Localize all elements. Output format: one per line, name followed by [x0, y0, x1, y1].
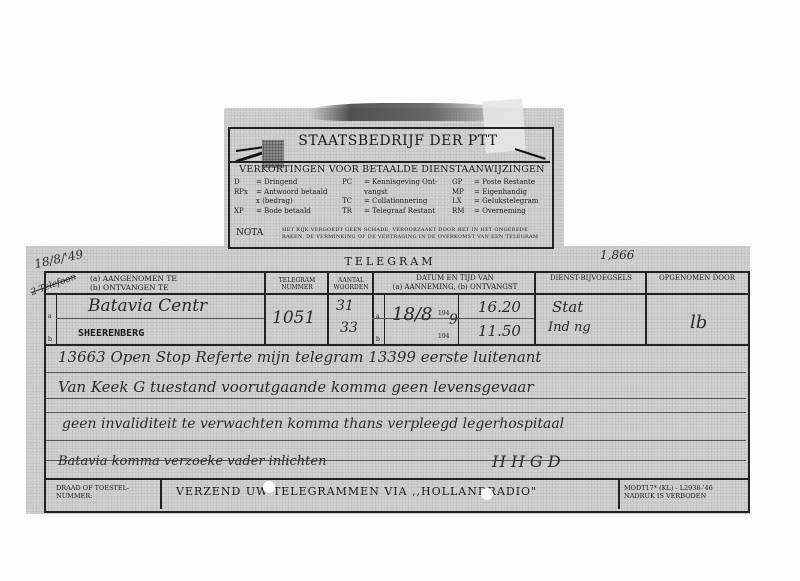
legend-code: XP — [234, 207, 256, 217]
date-time-label: DATUM EN TIJD VAN (a) AANNEMING, (b) ONT… — [376, 274, 534, 292]
punch-hole — [481, 488, 493, 500]
legend-meaning: = Antwoord betaald — [256, 188, 327, 196]
column-divider — [645, 271, 647, 345]
legend-column-1: D= Dringend RPx= Antwoord betaald x (bed… — [234, 178, 327, 216]
legend-code: LX — [452, 197, 474, 207]
time-received: 11.50 — [478, 322, 521, 340]
form-model-info: MODT17* (KL) - L2938-'46 NADRUK IS VERBO… — [624, 484, 748, 500]
legend-code: GP — [452, 178, 474, 188]
received-at-value: SHEERENBERG — [78, 328, 144, 339]
label-date-time: DATUM EN TIJD VAN — [376, 274, 534, 283]
year-digit: 9 — [449, 312, 458, 328]
divider — [228, 127, 313, 129]
date-value: 18/8 — [392, 304, 432, 325]
liability-notice: HET RIJK VERGOEDT GEEN SCHADE, VEROORZAA… — [282, 227, 548, 241]
label-accepted-at: (a) AANGENOMEN TE — [90, 274, 177, 283]
telegram-number-label: TELEGRAM NUMMER — [268, 277, 326, 291]
top-number: 1,866 — [600, 248, 634, 262]
notice-line-1: HET RIJK VERGOEDT GEEN SCHADE, VEROORZAA… — [282, 227, 548, 234]
row-b-marker: b — [48, 336, 52, 343]
telegram-number-value: 1051 — [272, 308, 315, 328]
message-line-1: 13663 Open Stop Referte mijn telegram 13… — [58, 348, 541, 366]
legend-meaning: = Gelukstelegram — [474, 197, 538, 205]
word-count-bottom: 33 — [340, 320, 358, 336]
column-divider — [56, 293, 57, 345]
reprint-notice: NADRUK IS VERBODEN — [624, 492, 748, 500]
received-at-label: (a) AANGENOMEN TE (b) ONTVANGEN TE — [90, 274, 177, 292]
legend-meaning: = Overneming — [474, 207, 526, 215]
service-notes-label: DIENST-BIJVOEGSELS — [538, 274, 644, 283]
column-divider — [327, 271, 329, 345]
year-prefix-a: 194 — [438, 310, 449, 317]
row-b-marker: b — [376, 336, 380, 343]
legend-code: MP — [452, 188, 474, 198]
legend-meaning: = Kennisgeving Ont- — [364, 178, 438, 186]
legend-meaning: vangst — [364, 188, 388, 196]
model-number: MODT17* (KL) - L2938-'46 — [624, 484, 748, 492]
message-signature: HHGD — [492, 452, 566, 471]
abbreviations-heading: VERKORTINGEN VOOR BETAALDE DIENSTAANWIJZ… — [234, 164, 550, 175]
legend-code: TC — [342, 197, 364, 207]
legend-meaning: = Bode betaald — [256, 207, 311, 215]
label-accept-receive: (a) AANNEMING, (b) ONTVANGST — [376, 283, 534, 292]
legend-meaning: x (bedrag) — [256, 197, 293, 205]
taken-by-label: OPGENOMEN DOOR — [648, 274, 746, 283]
time-accepted: 16.20 — [478, 298, 521, 316]
legend-code: D — [234, 178, 256, 188]
punch-hole — [263, 481, 275, 493]
ruled-line — [46, 398, 746, 399]
form-title: TELEGRAM — [232, 255, 548, 268]
divider — [228, 247, 552, 249]
column-divider — [534, 271, 536, 345]
legend-meaning: = Collationnering — [364, 197, 427, 205]
row-a-marker: a — [376, 313, 380, 320]
service-note-b: Ind ng — [548, 320, 591, 335]
column-divider — [372, 271, 374, 345]
word-count-top: 31 — [336, 298, 354, 314]
row-line — [56, 318, 264, 319]
year-prefix-b: 194 — [438, 333, 449, 340]
legend-code: PC — [342, 178, 364, 188]
torn-edge — [310, 103, 510, 121]
divider — [44, 478, 748, 480]
legend-code: TR — [342, 207, 364, 217]
column-divider — [618, 478, 620, 509]
column-divider — [384, 293, 385, 345]
ruled-line — [46, 372, 746, 373]
label-received-at: (b) ONTVANGEN TE — [90, 283, 177, 292]
legend-meaning: = Dringend — [256, 178, 297, 186]
divider — [44, 293, 748, 295]
row-a-marker: a — [48, 313, 52, 320]
message-line-3: geen invaliditeit te verwachten komma th… — [62, 416, 564, 432]
notice-line-2: RAKEN, DE VERMINKING OF DE VERTRAGING IN… — [282, 234, 548, 241]
ruled-line — [46, 440, 746, 441]
divider — [44, 344, 748, 346]
operator-initials: lb — [690, 312, 707, 333]
column-divider — [160, 478, 162, 509]
wire-number-label: DRAAD OF TOESTEL-NUMMER: — [56, 484, 156, 500]
legend-meaning: = Telegraaf Restant — [364, 207, 435, 215]
legend-code: RPx — [234, 188, 256, 198]
legend-column-2: PC= Kennisgeving Ont- vangst TC= Collati… — [342, 178, 438, 216]
service-note-a: Stat — [552, 298, 583, 316]
message-line-2: Van Keek G tuestand voorutgaande komma g… — [58, 378, 534, 396]
legend-meaning: = Poste Restante — [474, 178, 535, 186]
word-count-label: AANTAL WOORDEN — [330, 277, 372, 291]
legend-column-3: GP= Poste Restante MP= Eigenhandig LX= G… — [452, 178, 538, 216]
column-divider — [458, 293, 459, 345]
accepted-at-value: Batavia Centr — [88, 296, 207, 316]
legend-meaning: = Eigenhandig — [474, 188, 527, 196]
ruled-line — [46, 412, 746, 413]
agency-title: STAATSBEDRIJF DER PTT — [268, 133, 528, 149]
divider — [228, 161, 550, 163]
nota-label: NOTA — [236, 228, 263, 238]
column-divider — [264, 271, 266, 345]
message-line-4: Batavia komma verzoeke vader inlichten — [58, 454, 326, 469]
legend-code: RM — [452, 207, 474, 217]
